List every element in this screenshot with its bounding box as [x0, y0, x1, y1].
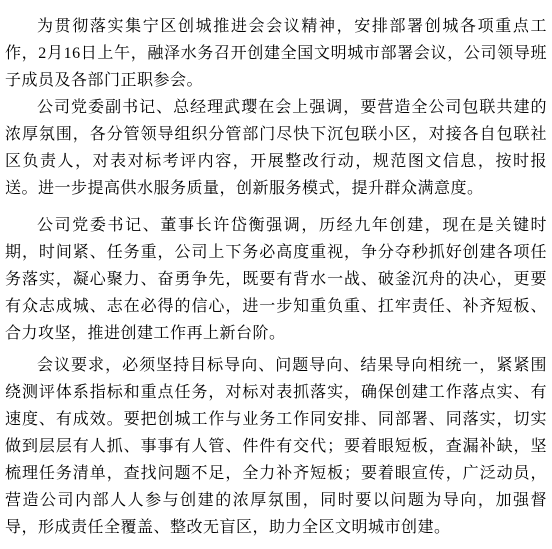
paragraph-meeting-intro: 为贯彻落实集宁区创城推进会会议精神，安排部署创城各项重点工作，2月16日上午，融… [5, 13, 547, 94]
paragraph-deputy-secretary-remarks: 公司党委副书记、总经理武璎在会上强调，要营造全公司包联共建的浓厚氛围，各分管领导… [5, 94, 547, 202]
paragraph-meeting-requirements: 会议要求，必须坚持目标导向、问题导向、结果导向相统一，紧紧围绕测评体系指标和重点… [5, 352, 547, 541]
document-page: 为贯彻落实集宁区创城推进会会议精神，安排部署创城各项重点工作，2月16日上午，融… [0, 0, 552, 549]
paragraph-chairman-remarks: 公司党委书记、董事长许岱衡强调，历经九年创建，现在是关键时期，时间紧、任务重，公… [5, 212, 547, 347]
